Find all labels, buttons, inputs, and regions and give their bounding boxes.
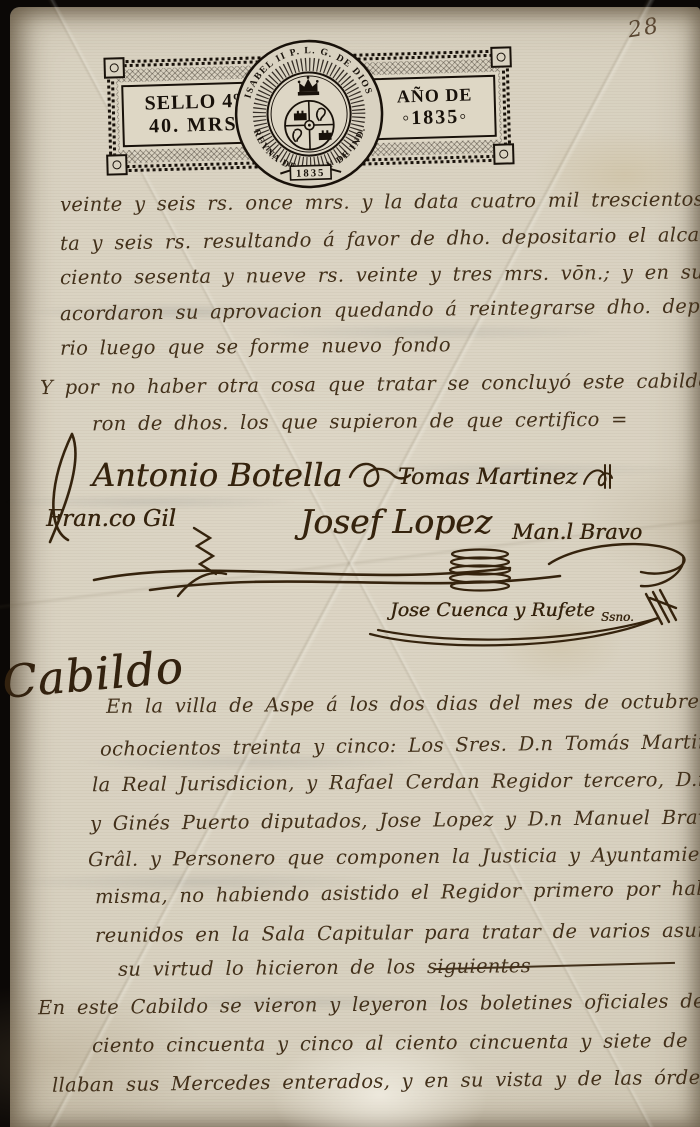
stamp-class-line2: 40. MRS [149,113,238,138]
signature-francisco-gil: Fran.co Gil [46,506,176,532]
signature-tomas-martinez: Tomas Martinez [398,462,615,492]
stamp-year-line2: ◦1835◦ [402,105,469,130]
stamp-corner-ornament [106,154,128,176]
manuscript-line: ron de dhos. los que supieron de que cer… [92,408,628,436]
stamp-corner-ornament [103,57,125,79]
signature-josef-lopez: Josef Lopez [300,502,492,541]
stamp-corner-ornament [490,46,512,68]
stamp-year-line1: AÑO DE [397,85,473,108]
signature-antonio-botella: Antonio Botella [92,456,412,494]
rubrica-cuenca-flourish [368,590,688,646]
stamp-class-line1: SELLO 4º [144,90,241,116]
quartered-shield [284,100,334,150]
stamp-year-box: AÑO DE ◦1835◦ [373,75,497,140]
manuscript-photo: 28 SELLO 4º 40. MRS AÑO DE ◦1835◦ ISABEL… [0,0,700,1127]
manuscript-line: rio luego que se forme nuevo fondo [60,333,451,359]
folio-number: 28 [626,14,662,44]
revenue-stamp: SELLO 4º 40. MRS AÑO DE ◦1835◦ ISABEL II… [107,49,512,172]
svg-text:1835: 1835 [296,168,326,180]
rubrica-flourish [581,462,615,492]
isabel-ii-seal: ISABEL II P. L. G. DE DIOS REYNA DE ESP.… [231,36,387,192]
stamp-corner-ornament [493,143,515,165]
